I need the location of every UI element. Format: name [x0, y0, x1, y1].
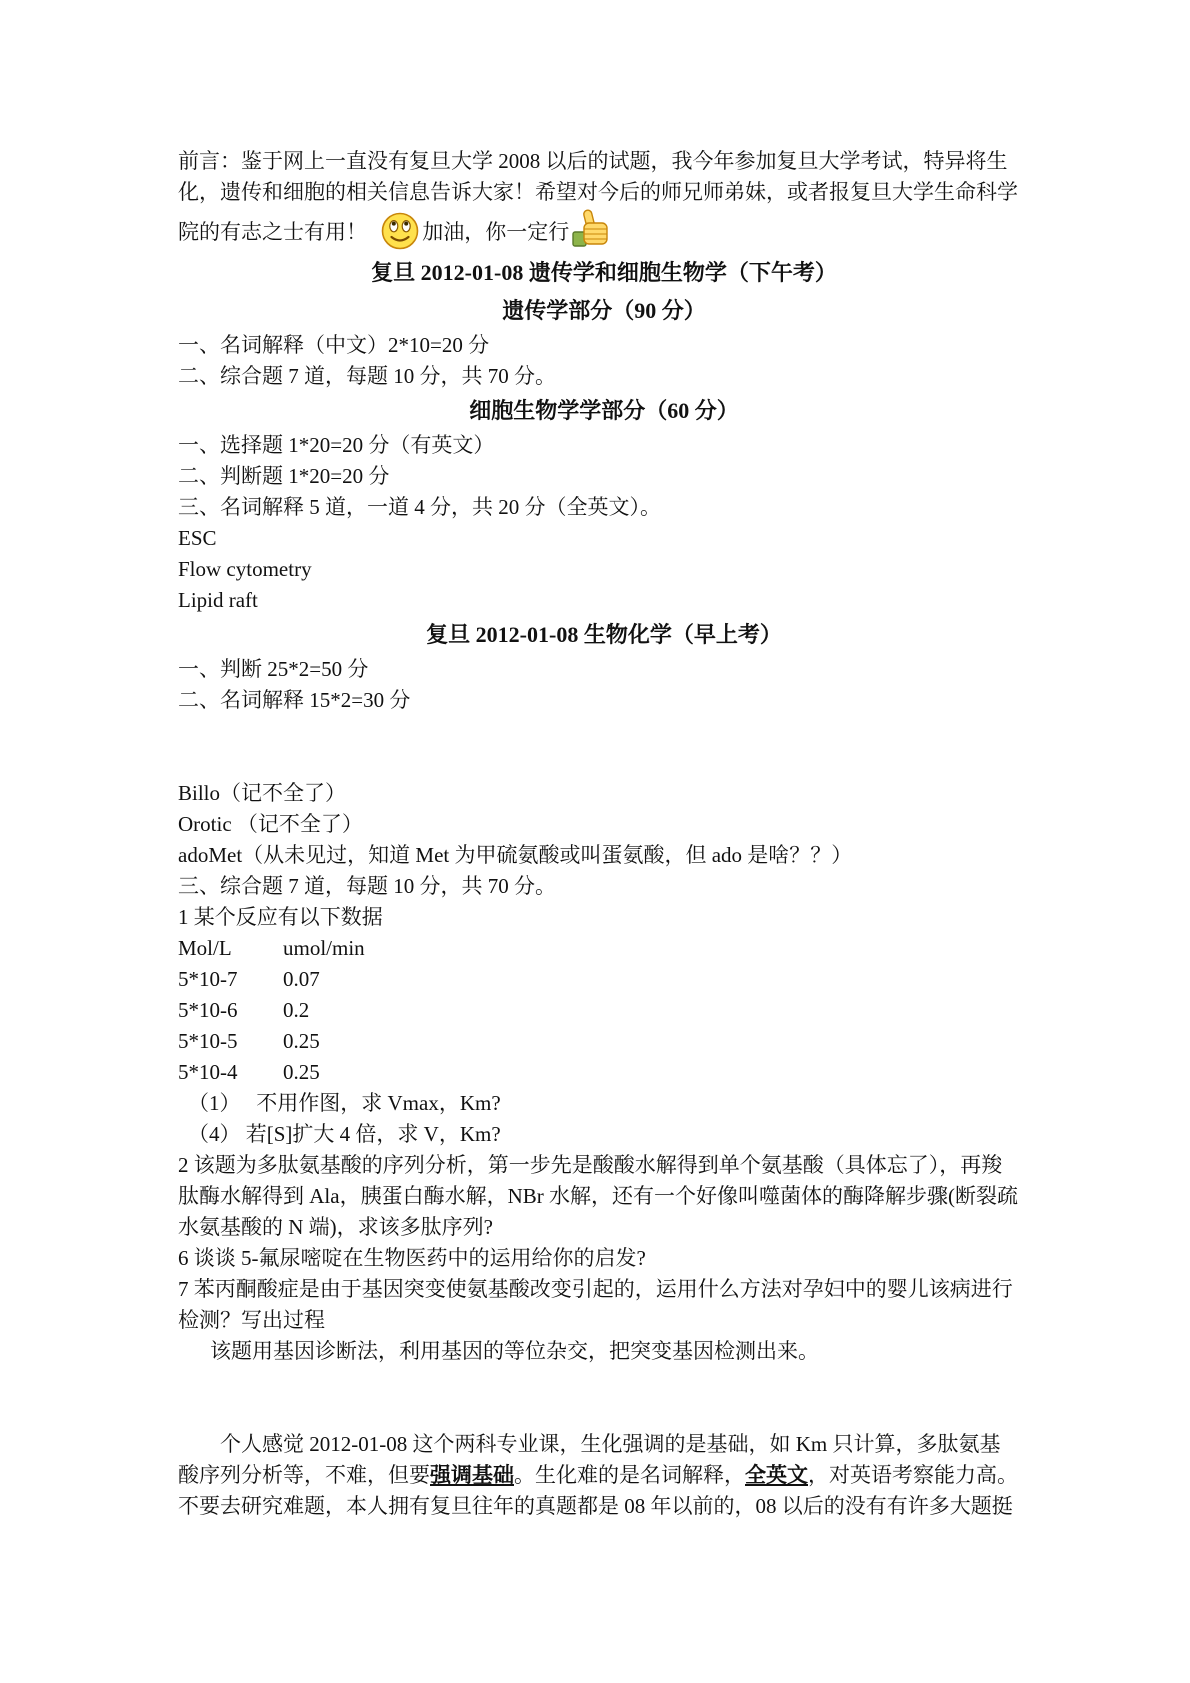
- kinetics-table-row: 5*10-40.25: [178, 1057, 1030, 1088]
- preface-line-3-text: 院的有志之士有用！: [178, 216, 372, 246]
- biochem-term-3: adoMet（从未见过，知道 Met 为甲硫氨酸或叫蛋氨酸，但 ado 是啥？？…: [178, 840, 1030, 871]
- velocity: 0.2: [283, 998, 309, 1022]
- cell-biology-item-3: 三、名词解释 5 道，一道 4 分，共 20 分（全英文）。: [178, 492, 1030, 523]
- velocity: 0.07: [283, 967, 320, 991]
- remarks-line-3: 不要去研究难题，本人拥有复旦往年的真题都是 08 年以前的，08 以后的没有有许…: [178, 1491, 1030, 1522]
- smiley-face-emoji: [380, 211, 420, 251]
- cell-biology-term-3: Lipid raft: [178, 585, 1030, 616]
- question-7-line-1: 7 苯丙酮酸症是由于基因突变使氨基酸改变引起的，运用什么方法对孕妇中的婴儿该病进…: [178, 1274, 1030, 1305]
- remarks-line-1: 个人感觉 2012-01-08 这个两科专业课，生化强调的是基础，如 Km 只计…: [178, 1429, 1030, 1460]
- biochem-term-1: Billo（记不全了）: [178, 778, 1030, 809]
- remarks-emphasis-english: 全英文: [745, 1463, 808, 1487]
- question-6: 6 谈谈 5-氟尿嘧啶在生物医药中的运用给你的启发?: [178, 1243, 1030, 1274]
- question-1-sub-4: （4） 若[S]扩大 4 倍，求 V，Km?: [178, 1119, 1030, 1150]
- blank-line: [178, 716, 1030, 747]
- question-1-sub-1: （1） 不用作图，求 Vmax，Km?: [178, 1088, 1030, 1119]
- blank-line: [178, 747, 1030, 778]
- substrate-conc: 5*10-6: [178, 995, 283, 1026]
- kinetics-table-row: 5*10-70.07: [178, 964, 1030, 995]
- remarks-line-2-part-3: ，对英语考察能力高。: [808, 1463, 1018, 1487]
- kinetics-table-header: Mol/Lumol/min: [178, 933, 1030, 964]
- question-1-intro: 1 某个反应有以下数据: [178, 902, 1030, 933]
- exam2-title: 复旦 2012-01-08 生物化学（早上考）: [178, 616, 1030, 654]
- kinetics-col1-header: Mol/L: [178, 933, 283, 964]
- preface-line-1: 前言：鉴于网上一直没有复旦大学 2008 以后的试题，我今年参加复旦大学考试，特…: [178, 146, 1030, 177]
- biochem-item-3: 三、综合题 7 道，每题 10 分，共 70 分。: [178, 871, 1030, 902]
- blank-line: [178, 1398, 1030, 1429]
- preface-line-3: 院的有志之士有用！ 加油，你一定行: [178, 208, 1030, 254]
- preface-line-3-cheer: 加油，你一定行: [422, 216, 569, 246]
- genetics-section-title: 遗传学部分（90 分）: [178, 292, 1030, 330]
- genetics-item-1: 一、名词解释（中文）2*10=20 分: [178, 330, 1030, 361]
- cell-biology-section-title: 细胞生物学学部分（60 分）: [178, 392, 1030, 430]
- biochem-item-2: 二、名词解释 15*2=30 分: [178, 685, 1030, 716]
- velocity: 0.25: [283, 1060, 320, 1084]
- kinetics-table-row: 5*10-50.25: [178, 1026, 1030, 1057]
- biochem-term-2: Orotic （记不全了）: [178, 809, 1030, 840]
- exam1-title: 复旦 2012-01-08 遗传学和细胞生物学（下午考）: [178, 254, 1030, 292]
- preface-line-2: 化，遗传和细胞的相关信息告诉大家！希望对今后的师兄师弟妹，或者报复旦大学生命科学: [178, 177, 1030, 208]
- question-2-line-3: 水氨基酸的 N 端)，求该多肽序列?: [178, 1212, 1030, 1243]
- velocity: 0.25: [283, 1029, 320, 1053]
- blank-line: [178, 1367, 1030, 1398]
- remarks-line-2: 酸序列分析等，不难，但要强调基础。生化难的是名词解释，全英文，对英语考察能力高。: [178, 1460, 1030, 1491]
- remarks-line-2-part-2: 。生化难的是名词解释，: [514, 1463, 745, 1487]
- question-7-answer: 该题用基因诊断法，利用基因的等位杂交，把突变基因检测出来。: [178, 1336, 1030, 1367]
- cell-biology-term-1: ESC: [178, 523, 1030, 554]
- document-page: 前言：鉴于网上一直没有复旦大学 2008 以后的试题，我今年参加复旦大学考试，特…: [0, 0, 1190, 1683]
- document-body: 前言：鉴于网上一直没有复旦大学 2008 以后的试题，我今年参加复旦大学考试，特…: [178, 146, 1030, 1522]
- cell-biology-item-1: 一、选择题 1*20=20 分（有英文）: [178, 430, 1030, 461]
- substrate-conc: 5*10-4: [178, 1057, 283, 1088]
- question-2-line-1: 2 该题为多肽氨基酸的序列分析，第一步先是酸酸水解得到单个氨基酸（具体忘了），再…: [178, 1150, 1030, 1181]
- question-2-line-2: 肽酶水解得到 Ala，胰蛋白酶水解，NBr 水解，还有一个好像叫噬菌体的酶降解步…: [178, 1181, 1030, 1212]
- cell-biology-term-2: Flow cytometry: [178, 554, 1030, 585]
- cell-biology-item-2: 二、判断题 1*20=20 分: [178, 461, 1030, 492]
- thumbs-up-emoji: [571, 207, 611, 249]
- kinetics-col2-header: umol/min: [283, 936, 365, 960]
- genetics-item-2: 二、综合题 7 道，每题 10 分，共 70 分。: [178, 361, 1030, 392]
- substrate-conc: 5*10-7: [178, 964, 283, 995]
- remarks-line-2-part-1: 酸序列分析等，不难，但要: [178, 1463, 430, 1487]
- kinetics-table-row: 5*10-60.2: [178, 995, 1030, 1026]
- remarks-emphasis-basics: 强调基础: [430, 1463, 514, 1487]
- substrate-conc: 5*10-5: [178, 1026, 283, 1057]
- biochem-item-1: 一、判断 25*2=50 分: [178, 654, 1030, 685]
- question-7-line-2: 检测？写出过程: [178, 1305, 1030, 1336]
